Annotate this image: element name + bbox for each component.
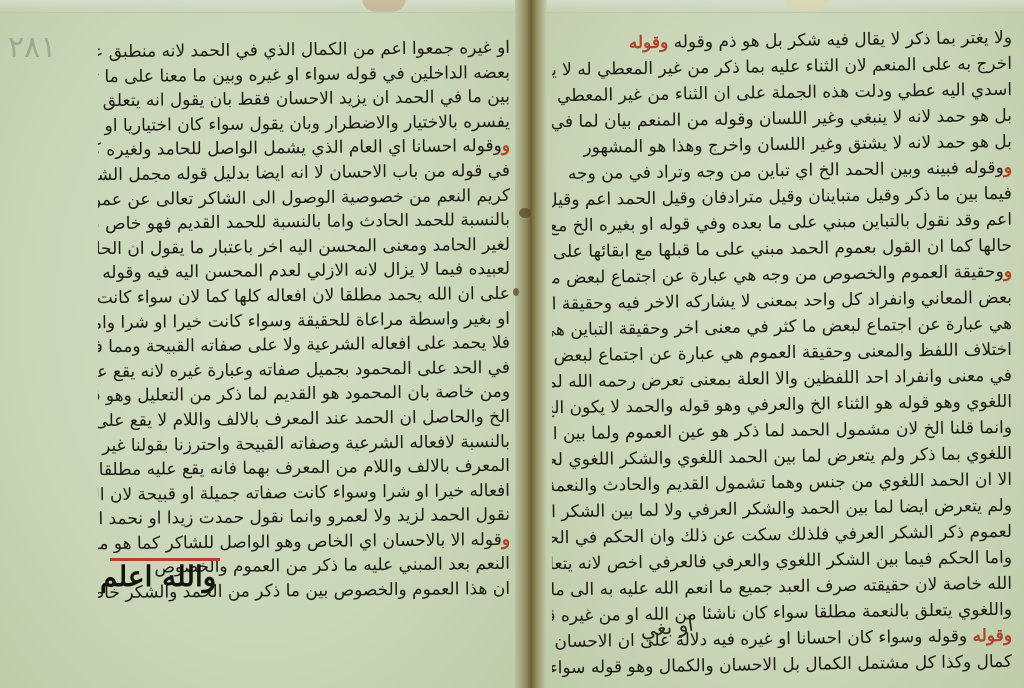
- rubric-mark: و: [502, 136, 510, 156]
- text-line: كمال وكذا كل مشتمل الكمال بل الاحسان وال…: [552, 649, 1012, 681]
- text-line: في قوله من باب الاحسان لا انه ايضا بدليل…: [98, 159, 510, 188]
- manuscript-spread: ٢٨١ او غيره جمعوا اعم من الكمال الذي في …: [0, 0, 1024, 688]
- rubric-mark: و: [502, 530, 510, 550]
- text-line: على ان الله يحمد مطلقا لان افعاله كلها ك…: [98, 282, 510, 311]
- closing-formula: والله اعلم: [100, 560, 216, 593]
- worm-hole: [513, 288, 519, 296]
- page-top-edge: [0, 0, 1024, 13]
- rubric-mark: و: [1004, 262, 1012, 282]
- rubric-mark: وقوله: [629, 33, 669, 54]
- left-page-text: او غيره جمعوا اعم من الكمال الذي في الحم…: [98, 38, 510, 604]
- worm-hole: [519, 208, 531, 218]
- text-line: الخ والحاصل ان الحمد عند المعرف بالالف و…: [98, 405, 510, 434]
- rubric-mark: و: [1004, 158, 1012, 178]
- rubric-overline: [110, 558, 220, 561]
- book-gutter: [515, 0, 547, 688]
- text-line: او غيره جمعوا اعم من الكمال الذي في الحم…: [98, 36, 510, 65]
- right-page-text: ولا يغتر بما ذكر لا يقال فيه شكر بل هو ذ…: [552, 28, 1012, 678]
- rubric-mark: وقوله: [972, 626, 1012, 647]
- folio-number: ٢٨١: [8, 30, 56, 65]
